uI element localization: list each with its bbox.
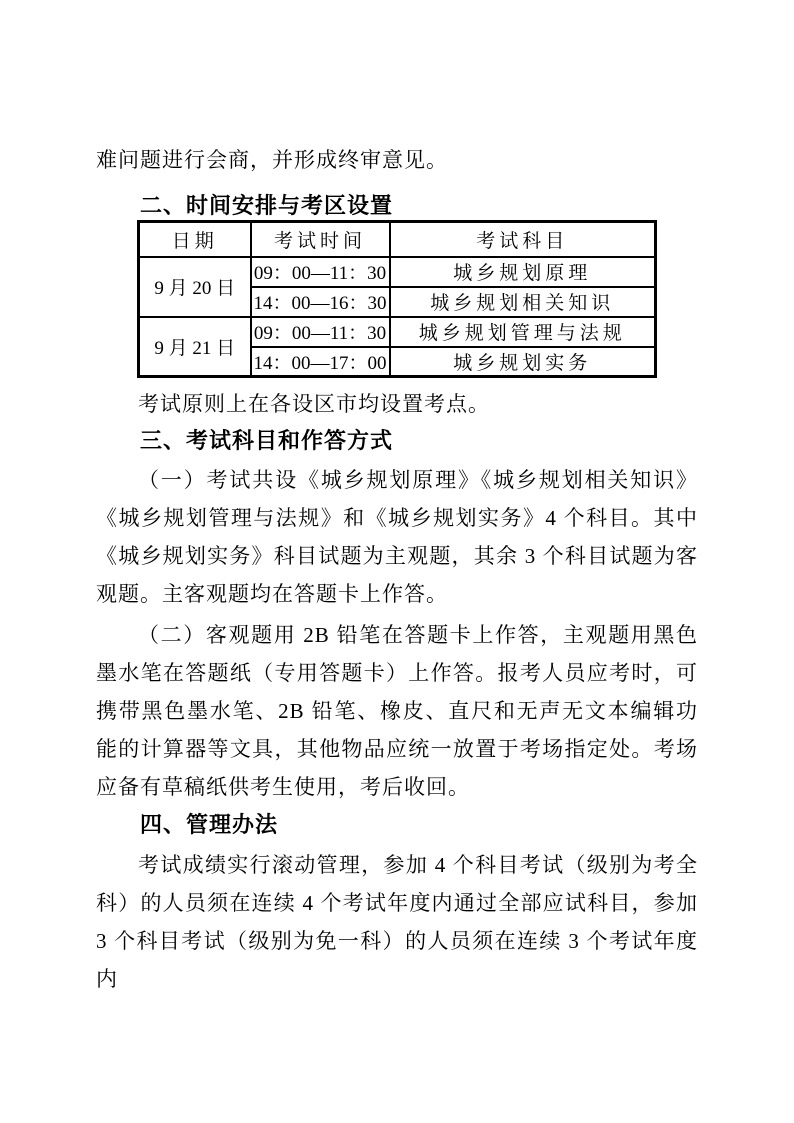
time-cell: 09：00—11：30 (251, 317, 390, 347)
table-header-exam-time: 考试时间 (251, 222, 390, 257)
leading-paragraph: 难问题进行会商，并形成终审意见。 (96, 141, 698, 179)
subject-cell: 城乡规划相关知识 (390, 287, 656, 317)
subject-cell: 城乡规划实务 (390, 347, 656, 377)
exam-schedule-table: 日期 考试时间 考试科目 9 月 20 日 09：00—11：30 城乡规划原理… (137, 220, 657, 378)
answering-rules-paragraph: （二）客观题用 2B 铅笔在答题卡上作答，主观题用黑色墨水笔在答题纸（专用答题卡… (96, 616, 698, 806)
table-header-row: 日期 考试时间 考试科目 (139, 222, 656, 257)
section-heading-management: 四、管理办法 (140, 811, 698, 839)
exam-site-note: 考试原则上在各设区市均设置考点。 (96, 385, 698, 423)
date-cell-sep21: 9 月 21 日 (139, 317, 251, 377)
subject-cell: 城乡规划管理与法规 (390, 317, 656, 347)
table-row: 9 月 20 日 09：00—11：30 城乡规划原理 (139, 257, 656, 287)
table-header-exam-subject: 考试科目 (390, 222, 656, 257)
time-cell: 14：00—16：30 (251, 287, 390, 317)
section-heading-subjects-and-answering: 三、考试科目和作答方式 (140, 427, 698, 455)
subjects-paragraph: （一）考试共设《城乡规划原理》《城乡规划相关知识》《城乡规划管理与法规》和《城乡… (96, 461, 698, 613)
date-cell-sep20: 9 月 20 日 (139, 257, 251, 317)
table-row: 9 月 21 日 09：00—11：30 城乡规划管理与法规 (139, 317, 656, 347)
table-header-date: 日期 (139, 222, 251, 257)
time-cell: 14：00—17：00 (251, 347, 390, 377)
document-page: 难问题进行会商，并形成终审意见。 二、时间安排与考区设置 日期 考试时间 考试科… (0, 0, 794, 1123)
score-management-paragraph: 考试成绩实行滚动管理，参加 4 个科目考试（级别为考全科）的人员须在连续 4 个… (96, 846, 698, 998)
subject-cell: 城乡规划原理 (390, 257, 656, 287)
section-heading-time-and-areas: 二、时间安排与考区设置 (140, 192, 698, 220)
time-cell: 09：00—11：30 (251, 257, 390, 287)
page-content: 难问题进行会商，并形成终审意见。 二、时间安排与考区设置 日期 考试时间 考试科… (96, 0, 698, 998)
